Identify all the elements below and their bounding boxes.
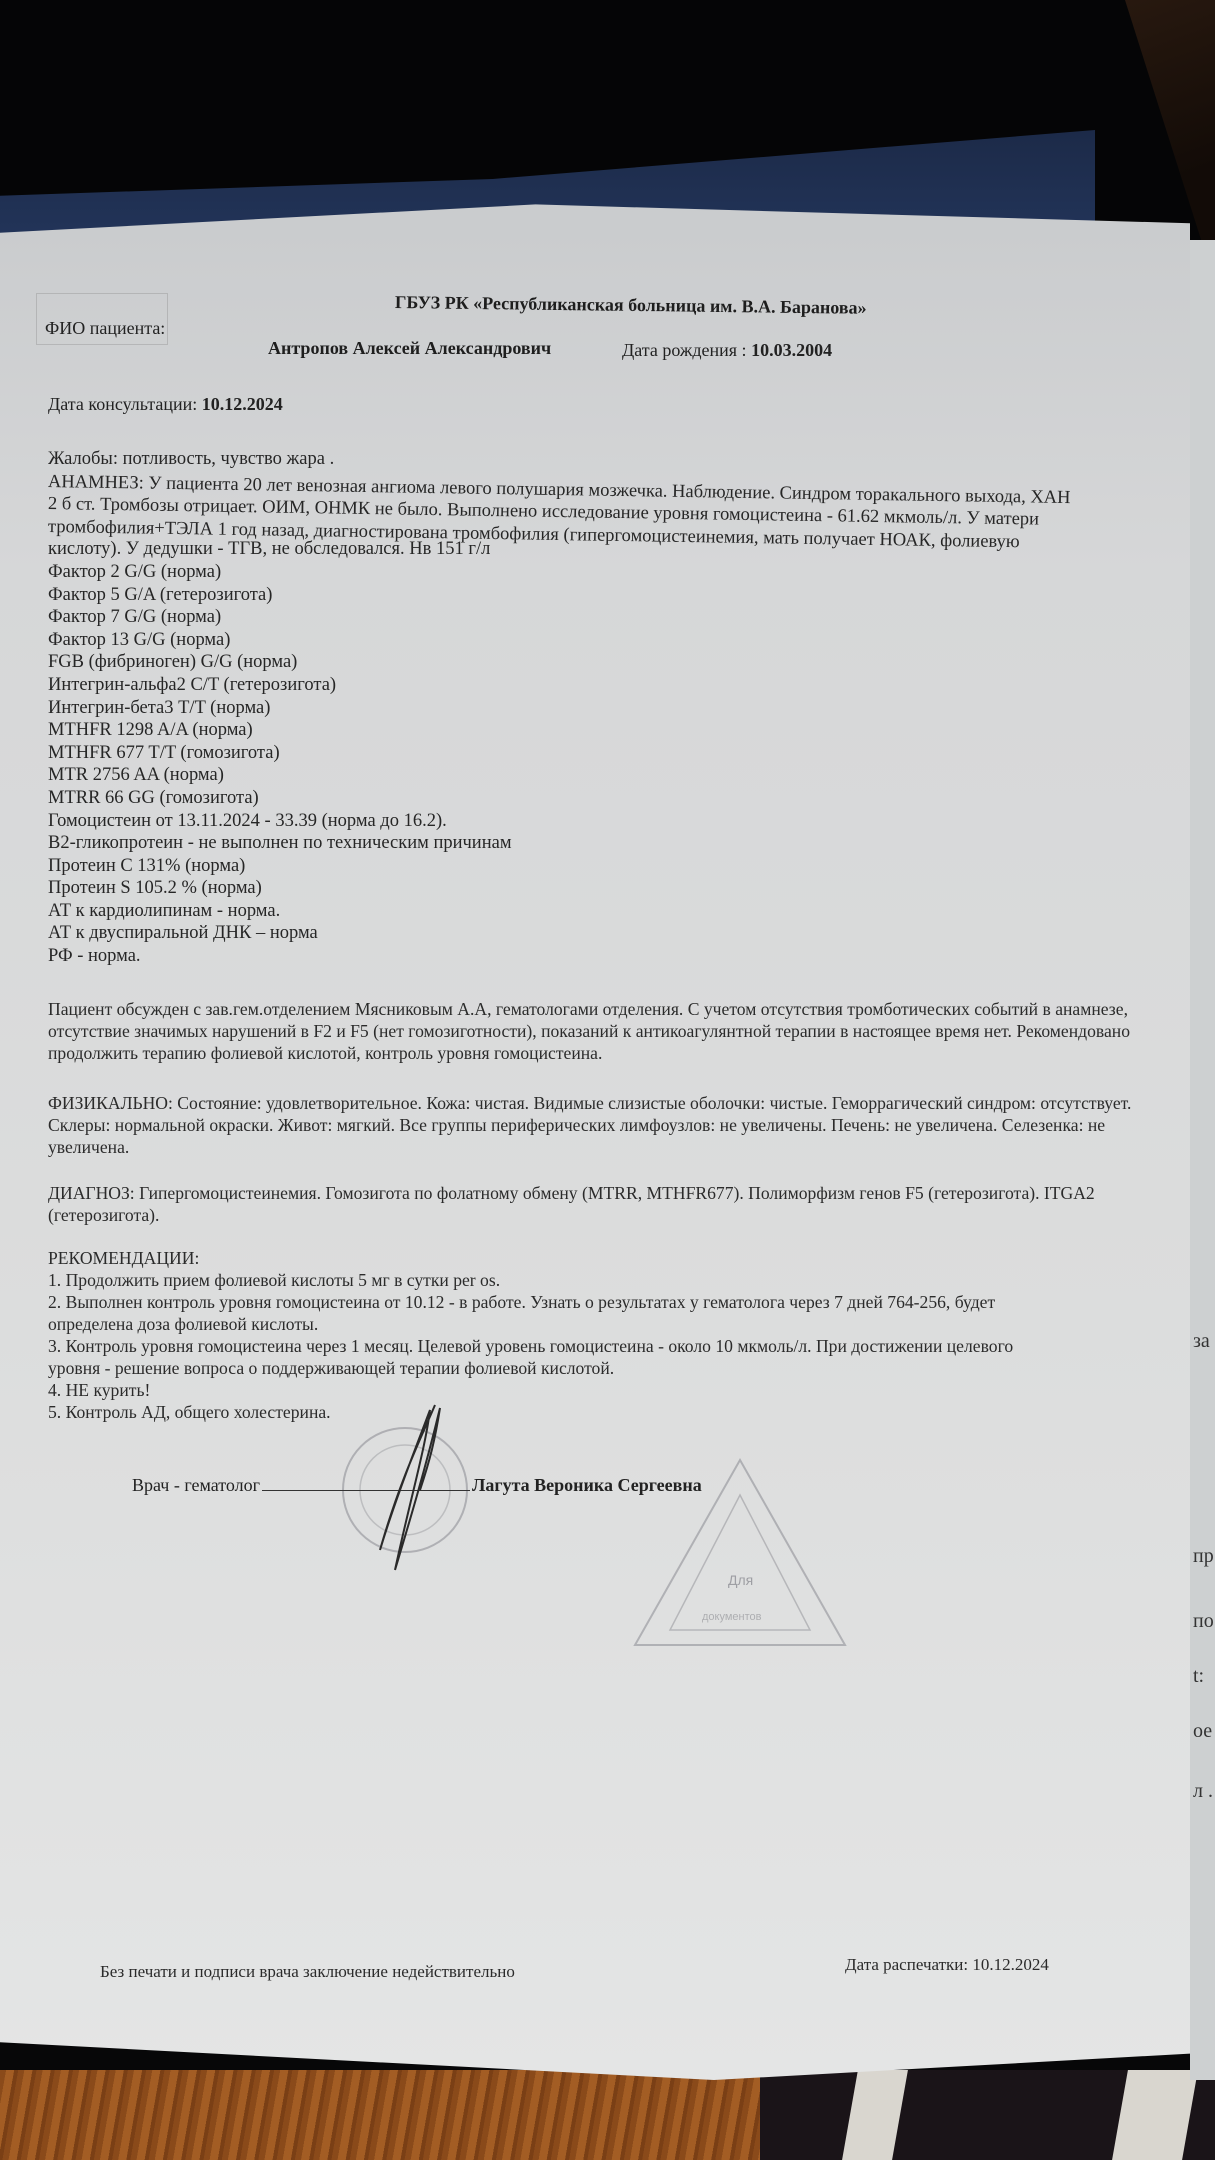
- recommendation-item: уровня - решение вопроса о поддерживающе…: [48, 1357, 1158, 1379]
- lab-result: АТ к кардиолипинам - норма.: [48, 900, 1071, 923]
- lab-result: Протеин S 105.2 % (норма): [48, 877, 1071, 900]
- recommendation-item: 4. НЕ курить!: [48, 1379, 1158, 1401]
- lab-result: Интегрин-альфа2 C/T (гетерозигота): [48, 674, 1071, 697]
- svg-text:Для: Для: [728, 1572, 753, 1588]
- birth-date-value: 10.03.2004: [751, 340, 832, 360]
- edge-fragment: за: [1193, 1330, 1210, 1353]
- validity-note: Без печати и подписи врача заключение не…: [100, 1962, 515, 1982]
- lab-result: Фактор 13 G/G (норма): [48, 629, 1071, 652]
- recommendations-section: РЕКОМЕНДАЦИИ: 1. Продолжить прием фолиев…: [48, 1247, 1158, 1423]
- recommendations-title: РЕКОМЕНДАЦИИ:: [48, 1247, 1158, 1269]
- print-date-value: 10.12.2024: [972, 1955, 1049, 1974]
- lab-result: Фактор 5 G/A (гетерозигота): [48, 584, 1071, 607]
- lab-result: Интегрин-бета3 T/T (норма): [48, 697, 1071, 720]
- recommendation-item: 3. Контроль уровня гомоцистеина через 1 …: [48, 1335, 1158, 1357]
- lab-result: B2-гликопротеин - не выполнен по техниче…: [48, 832, 1071, 855]
- edge-fragment: по: [1193, 1610, 1214, 1633]
- lab-result: MTRR 66 GG (гомозигота): [48, 787, 1071, 810]
- lab-result: FGB (фибриноген) G/G (норма): [48, 651, 1071, 674]
- edge-fragment: л .: [1193, 1780, 1213, 1803]
- recommendation-item: 5. Контроль АД, общего холестерина.: [48, 1401, 1158, 1423]
- print-date: Дата распечатки: 10.12.2024: [845, 1955, 1049, 1975]
- lab-result: MTR 2756 AA (норма): [48, 764, 1071, 787]
- lab-result: MTHFR 677 T/T (гомозигота): [48, 742, 1071, 765]
- lab-result: Гомоцистеин от 13.11.2024 - 33.39 (норма…: [48, 810, 1071, 833]
- edge-fragment: t:: [1193, 1665, 1204, 1688]
- lab-result: Фактор 7 G/G (норма): [48, 606, 1071, 629]
- consultation-date-value: 10.12.2024: [202, 394, 283, 414]
- patient-label: ФИО пациента:: [45, 318, 165, 339]
- consultation-date-label: Дата консультации:: [48, 394, 202, 414]
- print-date-label: Дата распечатки:: [845, 1955, 972, 1974]
- birth-date-label: Дата рождения :: [622, 340, 751, 360]
- patient-name: Антропов Алексей Александрович: [268, 338, 551, 359]
- lab-result: АТ к двуспиральной ДНК – норма: [48, 922, 1071, 945]
- doctor-role: Врач - гематолог: [132, 1475, 260, 1495]
- lab-result: MTHFR 1298 A/A (норма): [48, 719, 1071, 742]
- lab-result: РФ - норма.: [48, 945, 1071, 968]
- svg-text:документов: документов: [702, 1611, 762, 1623]
- edge-fragment: пр: [1193, 1545, 1214, 1568]
- physical-exam-paragraph: ФИЗИКАЛЬНО: Состояние: удовлетворительно…: [48, 1092, 1158, 1158]
- edge-fragment: ое: [1193, 1720, 1212, 1743]
- wooden-table: [0, 2070, 780, 2160]
- birth-date: Дата рождения : 10.03.2004: [622, 340, 832, 361]
- underlying-sheet-edge: [1190, 240, 1215, 2080]
- anamnesis-section: Жалобы: потливость, чувство жара . АНАМН…: [48, 448, 1071, 968]
- lab-result: Фактор 2 G/G (норма): [48, 561, 1071, 584]
- triangle-stamp: Для документов: [620, 1445, 860, 1665]
- recommendation-item: 1. Продолжить прием фолиевой кислоты 5 м…: [48, 1269, 1158, 1291]
- fabric-background: [760, 2070, 1215, 2160]
- complaints: Жалобы: потливость, чувство жара .: [48, 448, 1071, 471]
- consultation-date: Дата консультации: 10.12.2024: [48, 394, 283, 415]
- discussion-paragraph: Пациент обсужден с зав.гем.отделением Мя…: [48, 998, 1158, 1064]
- signature-scribble: [340, 1400, 460, 1590]
- recommendation-item: определена доза фолиевой кислоты.: [48, 1313, 1158, 1335]
- recommendation-item: 2. Выполнен контроль уровня гомоцистеина…: [48, 1291, 1158, 1313]
- diagnosis-paragraph: ДИАГНОЗ: Гипергомоцистеинемия. Гомозигот…: [48, 1182, 1158, 1226]
- lab-result: Протеин С 131% (норма): [48, 855, 1071, 878]
